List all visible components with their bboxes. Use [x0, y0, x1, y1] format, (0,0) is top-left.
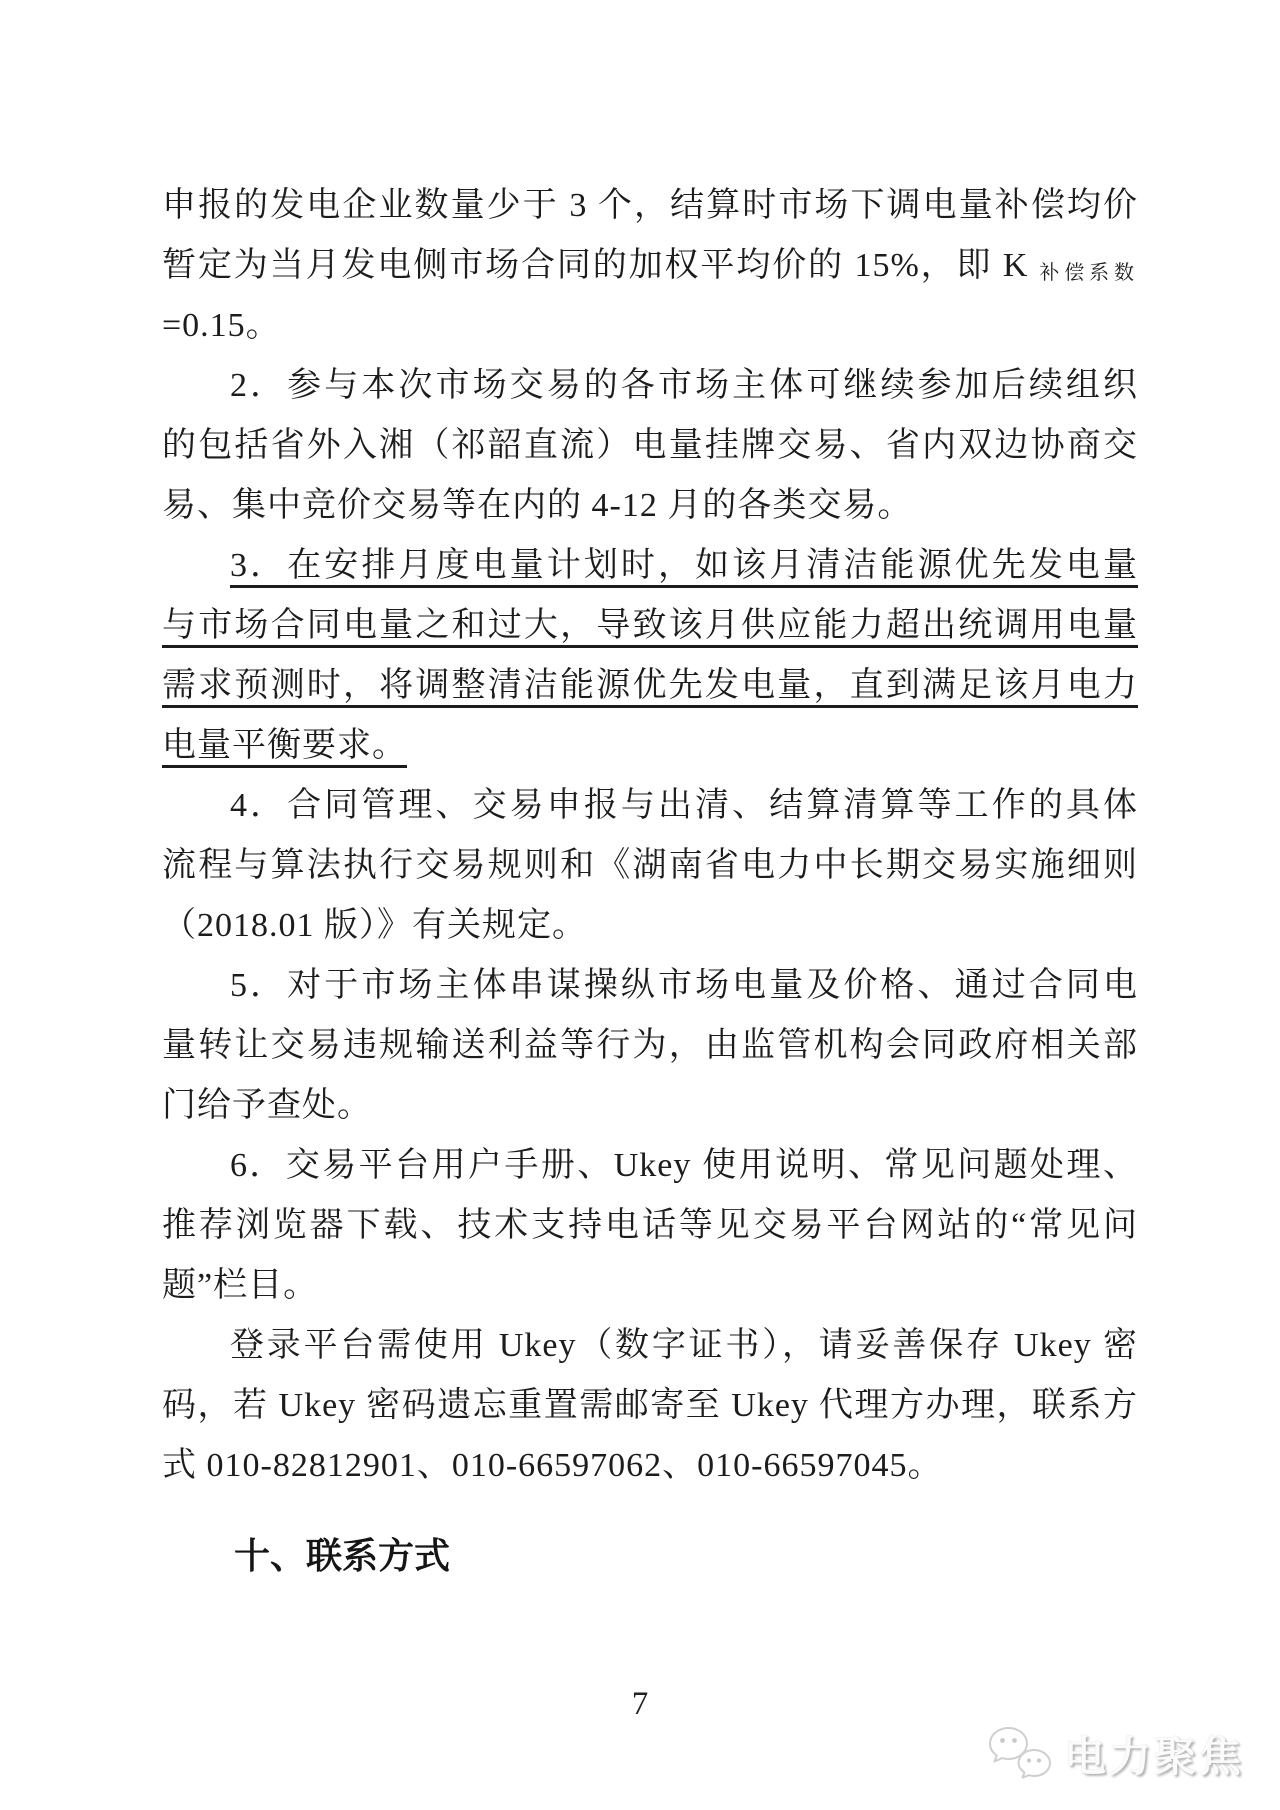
underlined-text-line: 需求预测时，将调整清洁能源优先发电量，直到满足该月电力	[162, 656, 1138, 716]
text-line: 的包括省外入湘（祁韶直流）电量挂牌交易、省内双边协商交	[162, 416, 1138, 476]
text-line: 6．交易平台用户手册、Ukey 使用说明、常见问题处理、	[162, 1136, 1138, 1196]
paragraph-7-ukey-login: 登录平台需使用 Ukey（数字证书），请妥善保存 Ukey 密 码，若 Ukey…	[162, 1316, 1138, 1496]
underlined-text-line: 与市场合同电量之和过大，导致该月供应能力超出统调用电量	[162, 596, 1138, 656]
k-coefficient-subscript: 补偿系数	[1038, 262, 1138, 284]
underlined-text-line: 电量平衡要求。	[162, 716, 1138, 776]
text-line: 推荐浏览器下载、技术支持电话等见交易平台网站的“常见问	[162, 1196, 1138, 1256]
paragraph-2-market-trades: 2．参与本次市场交易的各市场主体可继续参加后续组织 的包括省外入湘（祁韶直流）电…	[162, 356, 1138, 536]
paragraph-4-contract-management: 4．合同管理、交易申报与出清、结算清算等工作的具体 流程与算法执行交易规则和《湖…	[162, 776, 1138, 956]
paragraph-3-clean-energy-underlined: 3．在安排月度电量计划时，如该月清洁能源优先发电量 与市场合同电量之和过大，导致…	[162, 536, 1138, 776]
paragraph-6-platform-manual: 6．交易平台用户手册、Ukey 使用说明、常见问题处理、 推荐浏览器下载、技术支…	[162, 1136, 1138, 1316]
text-line: 登录平台需使用 Ukey（数字证书），请妥善保存 Ukey 密	[162, 1316, 1138, 1376]
text-line: 题”栏目。	[162, 1256, 1138, 1316]
document-body: 申报的发电企业数量少于 3 个，结算时市场下调电量补偿均价 暂定为当月发电侧市场…	[162, 176, 1138, 1586]
wechat-icon	[988, 1725, 1052, 1783]
text-line: 易、集中竞价交易等在内的 4-12 月的各类交易。	[162, 476, 1138, 536]
text-line: =0.15。	[162, 296, 1138, 356]
text-line: 式 010-82812901、010-66597062、010-66597045…	[162, 1436, 1138, 1496]
text-line: 门给予查处。	[162, 1076, 1138, 1136]
text-line: 码，若 Ukey 密码遗忘重置需邮寄至 Ukey 代理方办理，联系方	[162, 1376, 1138, 1436]
paragraph-5-collusion-penalty: 5．对于市场主体串谋操纵市场电量及价格、通过合同电 量转让交易违规输送利益等行为…	[162, 956, 1138, 1136]
document-page: 申报的发电企业数量少于 3 个，结算时市场下调电量补偿均价 暂定为当月发电侧市场…	[0, 0, 1280, 1810]
text-line: 4．合同管理、交易申报与出清、结算清算等工作的具体	[162, 776, 1138, 836]
brand-watermark: 电力聚焦	[988, 1724, 1244, 1784]
paragraph-compensation-price: 申报的发电企业数量少于 3 个，结算时市场下调电量补偿均价 暂定为当月发电侧市场…	[162, 176, 1138, 356]
text-line: （2018.01 版）》有关规定。	[162, 896, 1138, 956]
text-line-main: 暂定为当月发电侧市场合同的加权平均价的 15%，即 K	[162, 247, 1028, 284]
watermark-text: 电力聚焦	[1064, 1724, 1244, 1784]
text-line: 流程与算法执行交易规则和《湖南省电力中长期交易实施细则	[162, 836, 1138, 896]
text-line: 暂定为当月发电侧市场合同的加权平均价的 15%，即 K补偿系数	[162, 236, 1138, 296]
text-line: 5．对于市场主体串谋操纵市场电量及价格、通过合同电	[162, 956, 1138, 1016]
text-line: 申报的发电企业数量少于 3 个，结算时市场下调电量补偿均价	[162, 176, 1138, 236]
text-line: 量转让交易违规输送利益等行为，由监管机构会同政府相关部	[162, 1016, 1138, 1076]
text-line: 2．参与本次市场交易的各市场主体可继续参加后续组织	[162, 356, 1138, 416]
page-number: 7	[0, 1686, 1280, 1723]
underlined-text-line: 3．在安排月度电量计划时，如该月清洁能源优先发电量	[162, 536, 1138, 596]
section-heading-contact: 十、联系方式	[162, 1526, 1138, 1586]
